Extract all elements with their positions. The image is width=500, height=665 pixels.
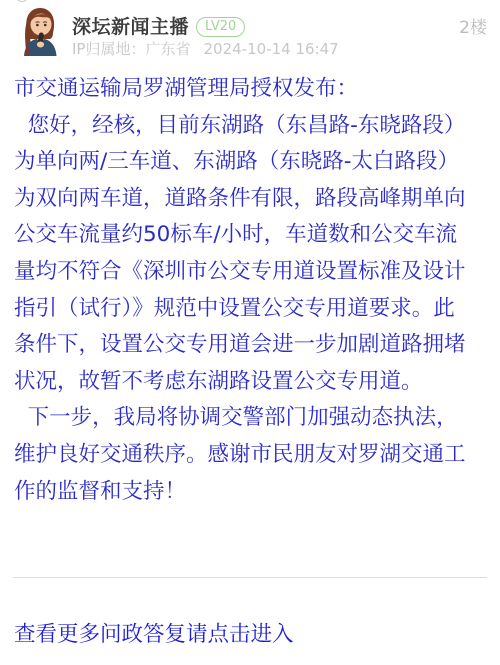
more-replies-link[interactable]: 查看更多问政答复请点击进入 <box>14 617 294 648</box>
user-avatar-icon[interactable] <box>17 5 63 56</box>
divider <box>13 577 487 578</box>
page-top-artifact <box>15 0 29 2</box>
level-badge: LV20 <box>196 17 245 37</box>
paragraph-reply-closing: 下一步，我局将协调交警部门加强动态执法，维护良好交通秩序。感谢市民朋友对罗湖交通… <box>14 400 474 510</box>
post-meta: IP归属地：广东省2024-10-14 16:47 <box>72 38 339 59</box>
ip-location-label: IP归属地： <box>72 40 145 58</box>
post-timestamp: 2024-10-14 16:47 <box>204 40 339 58</box>
username[interactable]: 深坛新闻主播 <box>72 16 189 38</box>
ip-region: 广东省 <box>145 40 190 58</box>
floor-number: 2楼 <box>459 13 487 38</box>
post-header: 深坛新闻主播LV20 2楼 IP归属地：广东省2024-10-14 16:47 <box>17 5 487 61</box>
paragraph-reply-main: 您好，经核，目前东湖路（东昌路-东晓路段）为单向两/三车道、东湖路（东晓路-太白… <box>14 108 474 401</box>
paragraph-announcement: 市交通运输局罗湖管理局授权发布： <box>14 71 474 108</box>
post-body: 市交通运输局罗湖管理局授权发布： 您好，经核，目前东湖路（东昌路-东晓路段）为单… <box>14 71 474 510</box>
forum-post: 深坛新闻主播LV20 2楼 IP归属地：广东省2024-10-14 16:47 … <box>0 0 500 665</box>
